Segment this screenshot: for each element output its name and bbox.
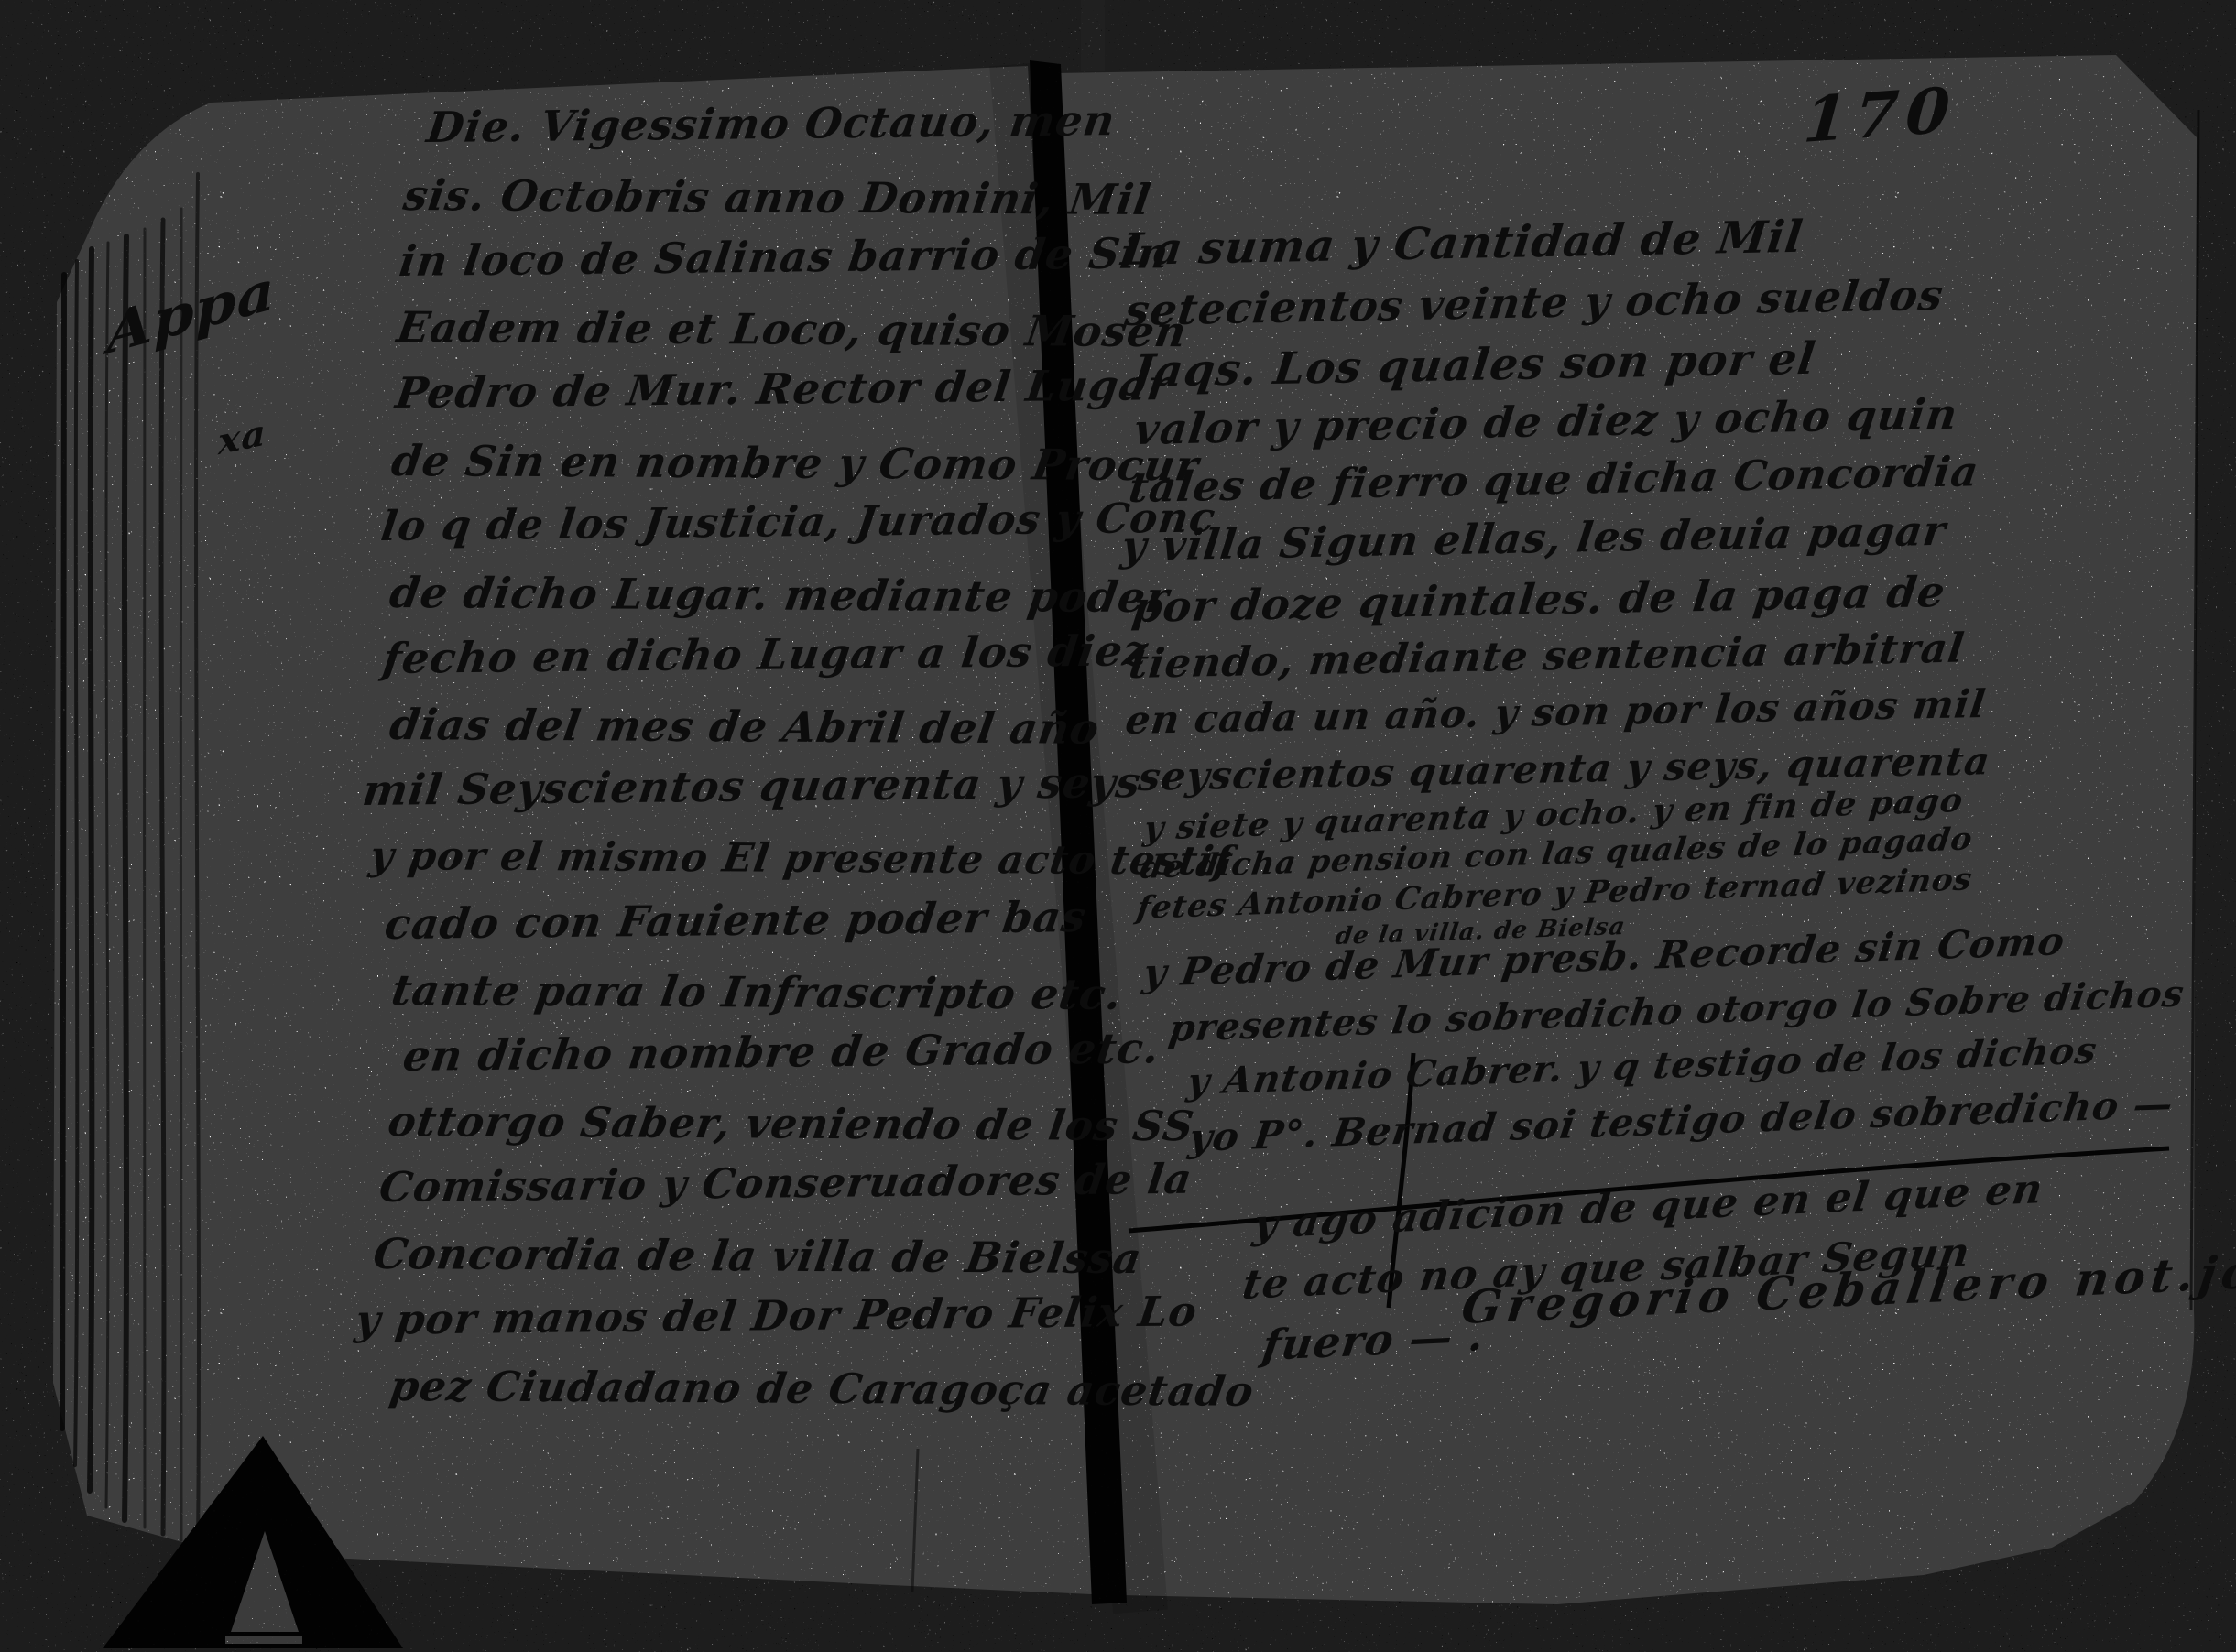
manuscript-line: en dicho nombre de Grado etc. xyxy=(400,1023,1162,1081)
manuscript-line: dias del mes de Abril del año xyxy=(387,700,1103,754)
manuscript-line: in loco de Salinas barrio de Sin xyxy=(397,228,1173,286)
manuscript-line: y por el mismo El presente acto testif xyxy=(367,833,1236,885)
manuscript-line: lo q de los Justicia, Jurados y Conc xyxy=(378,493,1218,550)
manuscript-line: Eadem die et Loco, quiso Mosen xyxy=(394,302,1190,356)
manuscript-line: fuero — . xyxy=(1260,1310,1488,1370)
manuscript-line: de dicho Lugar. mediante poder xyxy=(387,568,1173,622)
manuscript-line: Concordia de la villa de Bielssa xyxy=(370,1229,1145,1283)
manuscript-scan: 170 Appa xa Die. Vigessimo Octauo, men s… xyxy=(0,0,2236,1652)
manuscript-line: Die. Vigessimo Octauo, men xyxy=(424,95,1118,152)
manuscript-line: Comissario y Conseruadores de la xyxy=(376,1155,1195,1212)
manuscript-line: pez Ciudadano de Caragoça acetado xyxy=(387,1362,1257,1416)
manuscript-line: mil Seyscientos quarenta y seys xyxy=(360,757,1144,815)
manuscript-line: tante para lo Infrascripto etc. xyxy=(388,965,1126,1019)
manuscript-line: de Sin en nombre y Como Procur xyxy=(388,436,1203,490)
manuscript-line: y por manos del Dor Pedro Felix Lo xyxy=(353,1287,1200,1344)
manuscript-line: cado con Fauiente poder bas xyxy=(382,892,1089,949)
page-number: 170 xyxy=(1801,73,1959,157)
manuscript-line: ottorgo Saber, veniendo de los SS. xyxy=(385,1097,1211,1150)
manuscript-line: fecho en dicho Lugar a los diez xyxy=(380,625,1151,683)
manuscript-line: Pedro de Mur. Rector del Lugar xyxy=(393,360,1173,418)
manuscript-line: sis. Octobris anno Domini, Mil xyxy=(400,170,1154,224)
